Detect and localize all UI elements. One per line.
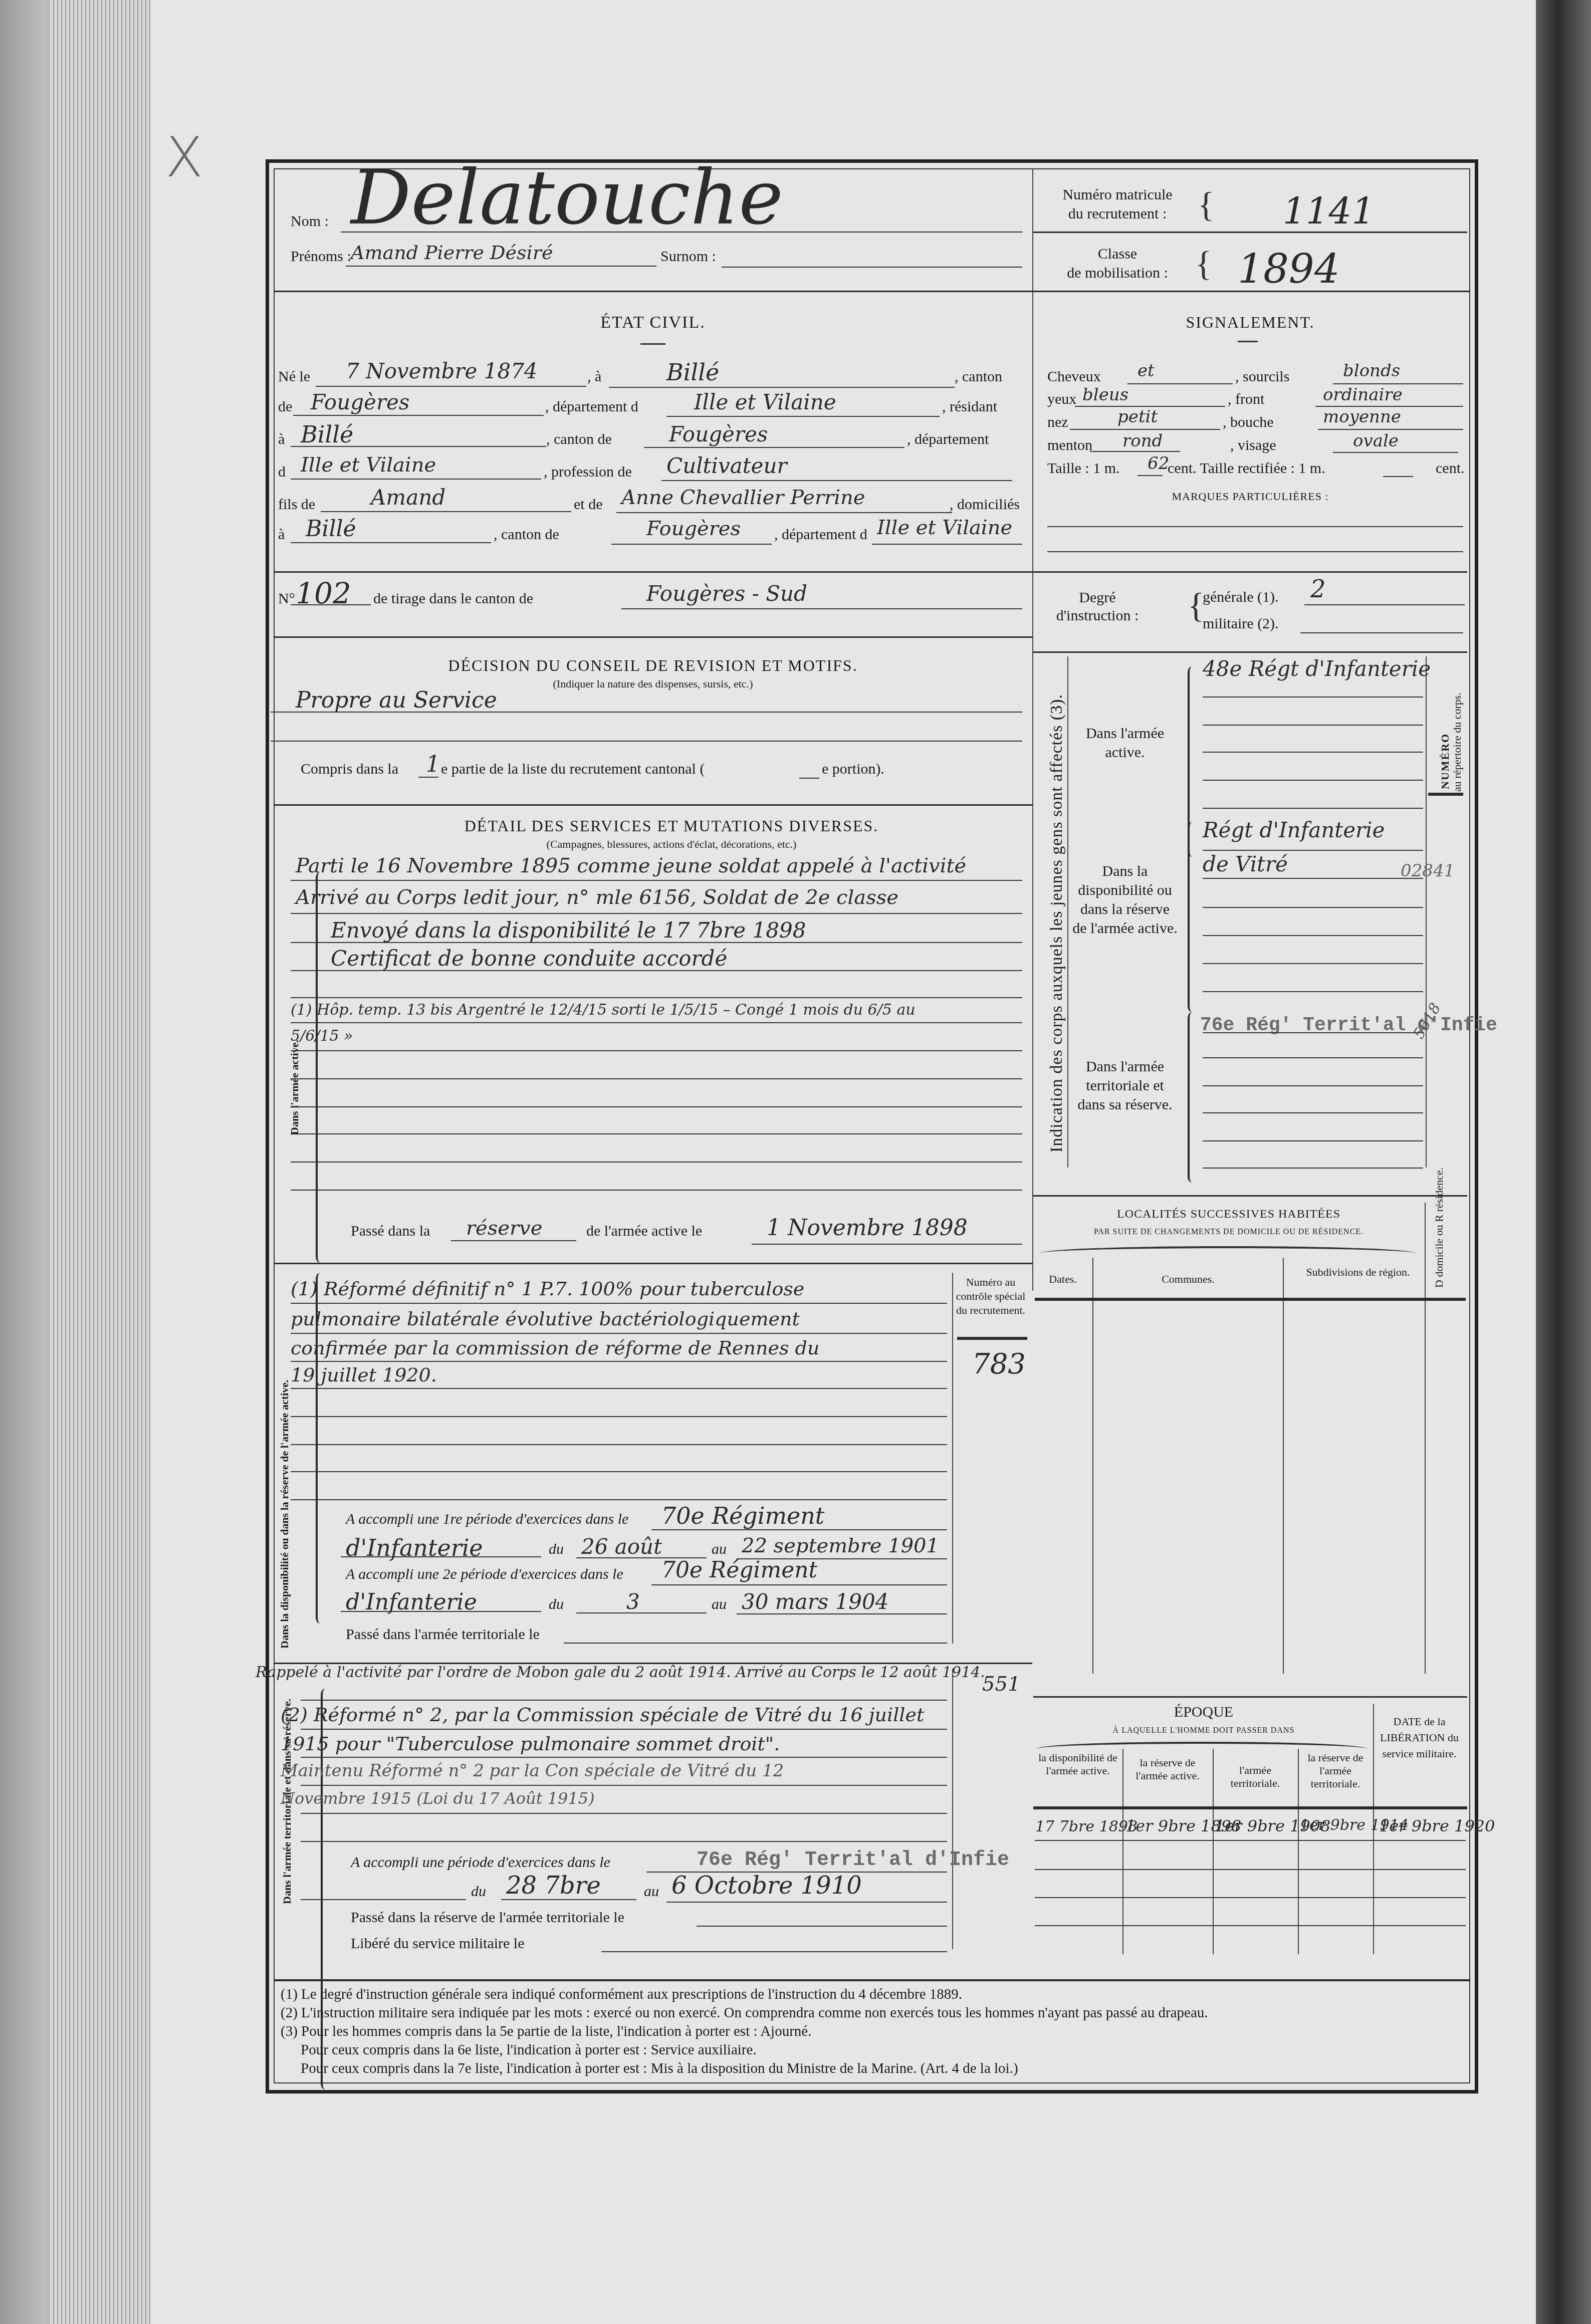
brace-icon — [1188, 822, 1197, 1012]
a-value: Billé — [666, 359, 719, 386]
service-line: 5/6/15 » — [291, 1027, 353, 1045]
corps-terr-label: Dans l'armée territoriale et dans sa rés… — [1072, 1057, 1178, 1114]
column-divider — [952, 1669, 953, 1949]
terr-line: Rappelé à l'activité par l'ordre de Mobo… — [256, 1664, 985, 1681]
underline — [1203, 696, 1423, 698]
sourcils-label: , sourcils — [1235, 368, 1289, 385]
divider — [957, 1337, 1027, 1340]
underline — [321, 511, 571, 512]
header-rule — [1033, 1806, 1467, 1809]
decision-title: DÉCISION DU CONSEIL DE REVISION ET MOTIF… — [274, 656, 1032, 675]
front-value: ordinaire — [1323, 385, 1403, 405]
taille-cent2-label: cent. — [1436, 460, 1464, 477]
underline — [291, 913, 1022, 914]
bouche-value: moyenne — [1323, 407, 1401, 427]
libere-label: Libéré du service militaire le — [351, 1935, 525, 1952]
visage-label: , visage — [1230, 437, 1276, 454]
underline — [1203, 1140, 1423, 1141]
underline — [291, 1078, 1022, 1079]
periode-terr-au-label: au — [644, 1883, 659, 1900]
underline — [341, 1556, 541, 1557]
brace-icon: { — [1198, 185, 1215, 225]
ne-le-value: 7 Novembre 1874 — [346, 359, 538, 383]
underline — [291, 1050, 1022, 1051]
underline — [651, 1584, 947, 1585]
underline — [601, 1951, 947, 1952]
brace-icon: { — [1188, 586, 1205, 626]
divider — [274, 1263, 1032, 1264]
underline — [1035, 1897, 1466, 1898]
dispo-line: (1) Réformé définitif n° 1 P.7. 100% pou… — [291, 1278, 804, 1300]
underline — [1304, 604, 1465, 605]
underline — [1333, 383, 1463, 384]
divider — [1033, 231, 1467, 233]
underline — [1203, 935, 1423, 936]
terr-line: Novembre 1915 (Loi du 17 Août 1915) — [281, 1789, 595, 1808]
underline — [651, 1529, 947, 1530]
compris-label-c: e portion). — [822, 761, 884, 778]
divider — [274, 804, 1032, 806]
underline — [341, 1611, 541, 1612]
passe-reserve-value: réserve — [466, 1217, 542, 1240]
marques-title: MARQUES PARTICULIÈRES : — [1033, 490, 1467, 503]
underline — [1047, 526, 1463, 527]
underline — [1203, 725, 1423, 726]
numero-controle-value: 783 — [972, 1348, 1026, 1380]
nez-value: petit — [1117, 407, 1158, 427]
yeux-value: bleus — [1082, 385, 1128, 405]
underline — [1203, 1168, 1423, 1169]
underline — [291, 604, 371, 605]
underline — [1035, 1925, 1466, 1926]
signalement-title: SIGNALEMENT. — [1033, 313, 1467, 332]
underline — [609, 387, 955, 388]
dom-a-value: Billé — [306, 516, 356, 542]
service-line: Envoyé dans la disponibilité le 17 7bre … — [331, 918, 806, 943]
surnom-label: Surnom : — [660, 248, 716, 265]
compris-label: Compris dans la — [301, 761, 398, 778]
res-dept-value: Ille et Vilaine — [301, 453, 436, 477]
column-divider — [952, 1273, 953, 1644]
et-de-label: et de — [574, 496, 602, 513]
passe-reserve-label-b: de l'armée active le — [586, 1223, 702, 1240]
nez-label: nez — [1047, 414, 1068, 431]
generale-value: 2 — [1310, 575, 1326, 603]
periode1-corps: 70e Régiment — [661, 1502, 824, 1529]
periode2-corps: 70e Régiment — [661, 1557, 817, 1583]
fils-de-label: fils de — [278, 496, 315, 513]
matricule-label: Numéro matricule du recrutement : — [1047, 185, 1188, 223]
dispo-line: confirmée par la commission de réforme d… — [291, 1337, 819, 1359]
periode1-du: 26 août — [581, 1534, 662, 1559]
matricule-value: 1141 — [1283, 190, 1375, 233]
underline — [1203, 1112, 1423, 1113]
services-subtitle: (Campagnes, blessures, actions d'éclat, … — [321, 838, 1022, 851]
profession-value: Cultivateur — [666, 453, 787, 478]
footnote-3: (3) Pour les hommes compris dans la 5e p… — [281, 2022, 1463, 2041]
menton-value: rond — [1122, 431, 1163, 451]
underline — [291, 1471, 947, 1472]
departement-value: Ille et Vilaine — [694, 390, 836, 414]
underline — [301, 1841, 947, 1842]
canton-value: Fougères — [311, 390, 409, 414]
classe-label-1: Classe — [1047, 245, 1188, 264]
bouche-label: , bouche — [1223, 414, 1274, 431]
underline — [451, 1240, 576, 1241]
underline — [301, 1899, 466, 1900]
mere-value: Anne Chevallier Perrine — [621, 486, 865, 509]
underline — [1203, 991, 1423, 992]
periode1-du-label: du — [549, 1541, 564, 1558]
ne-le-label: Né le — [278, 368, 310, 385]
localites-subtitle: PAR SUITE DE CHANGEMENTS DE DOMICILE OU … — [1033, 1228, 1424, 1237]
pere-value: Amand — [371, 485, 445, 510]
numero-header-b: au répertoire du corps. — [1451, 692, 1464, 792]
underline — [301, 1757, 947, 1758]
nom-label: Nom : — [291, 213, 329, 230]
dispo-line: 19 juillet 1920. — [291, 1364, 437, 1386]
passe-reserve-date: 1 Novembre 1898 — [767, 1215, 968, 1241]
dom-canton-label: , canton de — [494, 526, 559, 543]
periode2-du-label: du — [549, 1596, 564, 1613]
brace-icon — [1188, 1012, 1197, 1183]
underline — [1300, 632, 1463, 633]
compris-value: 1 — [426, 752, 440, 777]
brace-icon: { — [1195, 245, 1212, 285]
res-a-value: Billé — [301, 421, 353, 448]
dom-canton-value: Fougères — [646, 517, 741, 540]
column-divider — [1032, 168, 1033, 1291]
underline — [1383, 476, 1413, 477]
compris-label-b: e partie de la liste du recrutement cant… — [441, 761, 705, 778]
underline — [271, 712, 1022, 713]
underline — [291, 1388, 947, 1389]
underline — [737, 1613, 947, 1614]
corps-dispo-value-2: de Vitré — [1203, 852, 1288, 876]
underline — [611, 544, 772, 545]
underline — [291, 1361, 947, 1362]
service-line: (1) Hôp. temp. 13 bis Argentré le 12/4/1… — [291, 1001, 916, 1019]
terr-line: (2) Réformé n° 2, par la Commission spéc… — [281, 1704, 924, 1726]
liberation-header: DATE de la LIBÉRATION du service militai… — [1376, 1714, 1463, 1762]
underline — [661, 480, 1012, 481]
underline — [291, 880, 1022, 881]
periode2-au: 30 mars 1904 — [742, 1589, 889, 1614]
a-label: , à — [587, 368, 601, 385]
epoque-col-territoriale: l'armée territoriale. — [1214, 1764, 1297, 1790]
passe-territoriale-label: Passé dans l'armée territoriale le — [346, 1626, 540, 1643]
book-binding-right — [1536, 0, 1591, 2324]
underline — [697, 1926, 947, 1927]
numero-controle-header: Numéro au contrôle spécial du recrutemen… — [953, 1275, 1028, 1317]
periode2-label: A accompli une 2e période d'exercices da… — [346, 1566, 623, 1583]
surnom-underline — [722, 267, 1022, 268]
underline — [291, 1190, 1022, 1191]
localites-side-header: D domicile ou R résidence. — [1432, 1168, 1446, 1288]
visage-value: ovale — [1353, 431, 1399, 451]
underline — [291, 1499, 947, 1500]
epoque-col-reserve-territoriale: la réserve de l'armée territoriale. — [1299, 1751, 1372, 1790]
instruction-label: Degré d'instruction : — [1047, 589, 1148, 625]
underline — [291, 1444, 947, 1445]
nom-underline — [341, 231, 1022, 233]
underline — [1070, 429, 1220, 430]
periode-terr-stamp: 76e Rég' Territ'al d'Infie — [697, 1849, 1009, 1872]
prenoms-label: Prénoms : — [291, 248, 351, 265]
divider — [1428, 793, 1463, 796]
periode1-au: 22 septembre 1901 — [742, 1534, 939, 1557]
column-divider — [1426, 656, 1427, 1168]
militaire-label: militaire (2). — [1203, 615, 1279, 632]
localites-col-subdivisions: Subdivisions de région. — [1303, 1265, 1413, 1279]
epoque-col-reserve-active: la réserve de l'armée active. — [1123, 1756, 1212, 1782]
services-title: DÉTAIL DES SERVICES ET MUTATIONS DIVERSE… — [321, 817, 1022, 835]
underline — [576, 1612, 707, 1613]
underline — [799, 778, 819, 779]
domicilies-label: , domiciliés — [950, 496, 1020, 513]
prenoms-value: Amand Pierre Désiré — [351, 242, 553, 264]
underline — [666, 416, 940, 417]
corps-dispo-label: Dans la disponibilité ou dans la réserve… — [1072, 862, 1178, 938]
underline — [1318, 429, 1463, 430]
underline — [301, 1729, 947, 1730]
cheveux-label: Cheveux — [1047, 368, 1101, 385]
underline — [291, 1133, 1022, 1134]
prenoms-underline — [346, 266, 656, 267]
brace-icon — [316, 872, 325, 1263]
divider — [274, 571, 1032, 573]
taille-cent-label: cent. Taille rectifiée : 1 m. — [1168, 460, 1325, 477]
column-divider — [1092, 1258, 1093, 1674]
underline — [301, 1813, 947, 1814]
periode1-au-label: au — [712, 1541, 727, 1558]
title-rule — [1238, 341, 1258, 342]
underline — [293, 415, 544, 416]
terr-margin-number: 551 — [982, 1673, 1020, 1696]
divider — [274, 1979, 1470, 1981]
dom-a-label: à — [278, 526, 285, 543]
liberation-value: 1er 9bre 1920 — [1379, 1816, 1495, 1835]
underline — [418, 777, 438, 778]
underline — [291, 1333, 947, 1334]
divider — [1033, 651, 1467, 653]
instruction-label-2: d'instruction : — [1047, 607, 1148, 625]
underline — [1203, 1057, 1423, 1058]
column-divider — [1425, 1203, 1426, 1674]
underline — [1203, 1032, 1423, 1033]
underline — [291, 1416, 947, 1417]
front-label: , front — [1228, 391, 1264, 408]
dom-dept-label: , département d — [774, 526, 867, 543]
footnotes: (1) Le degré d'instruction générale sera… — [281, 1985, 1463, 2078]
dispo-line: pulmonaire bilatérale évolutive bactério… — [291, 1308, 800, 1330]
epoque-value-disponibilite: 17 7bre 1898 — [1035, 1818, 1138, 1835]
underline — [291, 446, 546, 447]
underline — [271, 741, 1022, 742]
underline — [301, 1700, 947, 1701]
decision-value: Propre au Service — [296, 687, 497, 713]
underline — [621, 608, 1022, 609]
passe-res-terr-label: Passé dans la réserve de l'armée territo… — [351, 1909, 624, 1926]
side-label-active: Dans l'armée active. — [288, 1040, 301, 1135]
underline — [501, 1899, 636, 1900]
underline — [616, 512, 952, 513]
tirage-canton-value: Fougères - Sud — [646, 581, 807, 606]
periode-terr-du-label: du — [471, 1883, 486, 1900]
underline — [1203, 752, 1423, 753]
underline — [291, 1161, 1022, 1163]
service-line: Certificat de bonne conduite accordé — [331, 946, 727, 971]
corner-mark: X — [165, 125, 203, 189]
footnote-3b: Pour ceux compris dans la 6e liste, l'in… — [281, 2041, 1463, 2059]
corps-active-value: 48e Régt d'Infanterie — [1203, 656, 1431, 681]
underline — [1203, 808, 1423, 809]
terr-line: 1915 pour "Tuberculose pulmonaire sommet… — [281, 1733, 780, 1755]
periode1-label: A accompli une 1re période d'exercices d… — [346, 1511, 628, 1528]
instruction-label-1: Degré — [1047, 589, 1148, 607]
footnote-2: (2) L'instruction militaire sera indiqué… — [281, 2004, 1463, 2022]
corps-active-label: Dans l'armée active. — [1072, 724, 1178, 762]
underline — [291, 1106, 1022, 1107]
underline — [1203, 907, 1423, 908]
menton-label: menton — [1047, 437, 1092, 454]
res-canton-value: Fougères — [669, 422, 768, 446]
res-canton-label: , canton de — [546, 431, 612, 448]
periode-terr-label: A accompli une période d'exercices dans … — [351, 1854, 610, 1871]
side-label-dispo: Dans la disponibilité ou dans la réserve… — [278, 1379, 291, 1649]
underline — [291, 942, 1022, 943]
classe-label-2: de mobilisation : — [1047, 264, 1188, 283]
header-rule — [1035, 1298, 1466, 1301]
footnote-3c: Pour ceux compris dans la 7e liste, l'in… — [281, 2059, 1463, 2078]
underline — [1035, 1840, 1466, 1841]
epoque-title: ÉPOQUE — [1033, 1704, 1374, 1721]
sourcils-value: blonds — [1343, 361, 1400, 381]
corps-dispo-value-1: Régt d'Infanterie — [1203, 818, 1385, 842]
underline — [291, 1022, 1022, 1023]
taille-value: 62 — [1148, 453, 1169, 474]
underline — [291, 1303, 947, 1304]
tirage-label: de tirage dans le canton de — [373, 590, 533, 607]
column-divider — [1067, 656, 1068, 1168]
nom-value: Delatouche — [351, 160, 783, 236]
underline — [1203, 878, 1423, 879]
underline — [291, 479, 541, 480]
divider — [1033, 1195, 1467, 1197]
page-edges — [50, 0, 150, 2324]
etat-civil-title: ÉTAT CIVIL. — [274, 313, 1032, 332]
underline — [1333, 452, 1458, 453]
taille-label: Taille : 1 m. — [1047, 460, 1120, 477]
underline — [1127, 383, 1233, 384]
yeux-label: yeux — [1047, 391, 1076, 408]
dom-dept-value: Ille et Vilaine — [877, 516, 1012, 539]
column-divider — [1283, 1258, 1284, 1674]
localites-title: LOCALITÉS SUCCESSIVES HABITÉES — [1033, 1208, 1424, 1221]
footnote-1: (1) Le degré d'instruction générale sera… — [281, 1985, 1463, 2004]
canton-label: , canton — [955, 368, 1002, 385]
epoque-subtitle: À LAQUELLE L'HOMME DOIT PASSER DANS — [1033, 1726, 1374, 1735]
cheveux-value: et — [1138, 361, 1155, 381]
service-line: Parti le 16 Novembre 1895 comme jeune so… — [296, 854, 966, 877]
underline — [1138, 475, 1163, 476]
underline — [291, 997, 1022, 998]
underline — [752, 1244, 1022, 1245]
periode2-au-label: au — [712, 1596, 727, 1613]
epoque-col-disponibilite: la disponibilité de l'armée active. — [1034, 1751, 1121, 1777]
underline — [1203, 963, 1423, 964]
divider — [274, 291, 1470, 292]
localites-col-communes: Communes. — [1093, 1273, 1283, 1286]
profession-label: , profession de — [544, 463, 632, 481]
matricule-label-1: Numéro matricule — [1047, 185, 1188, 204]
title-rule — [640, 343, 665, 345]
underline — [291, 542, 491, 543]
underline — [872, 544, 1022, 545]
passe-reserve-label: Passé dans la — [351, 1223, 430, 1240]
periode2-du: 3 — [626, 1589, 640, 1614]
periode-terr-du: 28 7bre — [506, 1872, 601, 1900]
numero-header: NUMÉRO — [1438, 733, 1452, 789]
divider — [1033, 571, 1467, 573]
res-dept-label: , département — [907, 431, 989, 448]
divider — [1033, 1696, 1467, 1698]
departement-label: , département d — [545, 398, 638, 415]
generale-label: générale (1). — [1203, 589, 1279, 606]
underline — [1203, 780, 1423, 781]
underline — [1203, 850, 1423, 851]
matricule-label-2: du recrutement : — [1047, 204, 1188, 223]
de-label: de — [278, 398, 292, 415]
service-line: Arrivé au Corps ledit jour, n° mle 6156,… — [296, 886, 898, 909]
localites-col-dates: Dates. — [1033, 1273, 1092, 1286]
underline — [1035, 1869, 1466, 1870]
underline — [564, 1643, 947, 1644]
underline — [1203, 1085, 1423, 1086]
residant-label: , résidant — [942, 398, 997, 415]
underline — [644, 447, 904, 448]
terr-line: Maintenu Réformé n° 2 par la Con spécial… — [281, 1761, 784, 1781]
underline — [316, 386, 586, 387]
res-a-label: à — [278, 431, 285, 448]
classe-value: 1894 — [1238, 246, 1340, 292]
underline — [1047, 551, 1463, 552]
underline — [1090, 451, 1180, 452]
underline — [666, 1902, 947, 1903]
res-dept-d-label: d — [278, 463, 286, 481]
periode-terr-au: 6 Octobre 1910 — [671, 1872, 862, 1900]
classe-label: Classe de mobilisation : — [1047, 245, 1188, 283]
corps-side-label: Indication des corps auxquels les jeunes… — [1047, 694, 1066, 1152]
underline — [301, 1785, 947, 1786]
divider — [274, 636, 1032, 638]
underline — [291, 970, 1022, 971]
